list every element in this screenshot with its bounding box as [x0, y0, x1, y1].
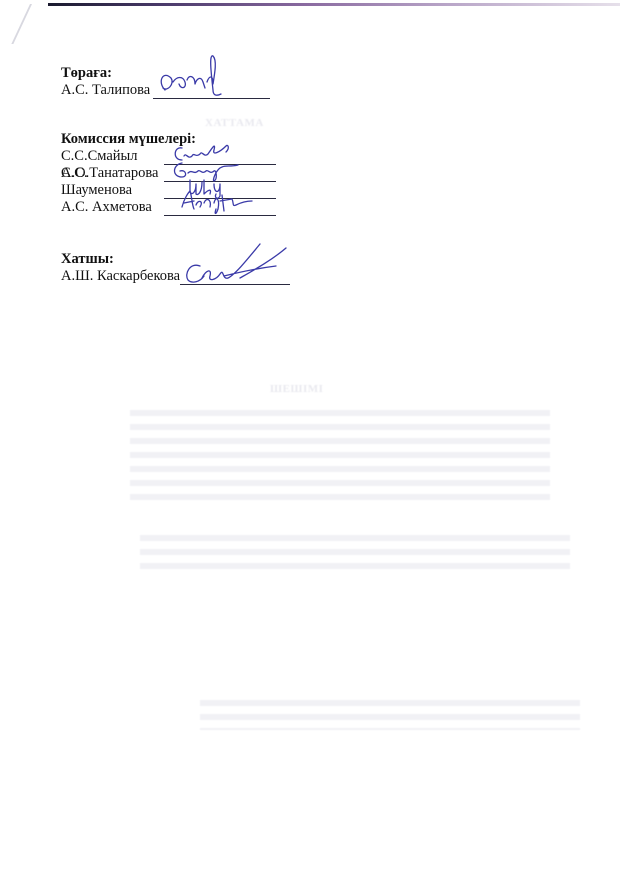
secretary-name: А.Ш. Каскарбекова	[61, 268, 180, 285]
bleed-through-text: ШЕШІМІ	[270, 383, 323, 395]
secretary-section: Хатшы: А.Ш. Каскарбекова	[61, 251, 290, 285]
signature-line	[153, 84, 270, 99]
member-name: С.С. Шауменова	[61, 165, 161, 199]
bleed-through-lines	[200, 700, 580, 730]
page-fold-edge	[11, 4, 52, 44]
commission-section: Комиссия мүшелері: С.С.Смайыл А.О.Таната…	[61, 131, 276, 216]
bleed-through-lines	[140, 535, 570, 575]
signature-mark	[155, 52, 245, 100]
member-row: А.С. Ахметова	[61, 199, 276, 216]
signature-mark	[180, 240, 295, 286]
page-top-edge	[48, 3, 620, 6]
bleed-through-text: ХАТТАМА	[205, 117, 264, 129]
chairman-section: Төраға: А.С. Талипова	[61, 65, 270, 99]
member-name: С.С.Смайыл	[61, 148, 161, 165]
bleed-through-lines	[130, 410, 550, 500]
member-name: А.С. Ахметова	[61, 199, 161, 216]
signature-mark	[172, 185, 262, 217]
signature-line	[164, 201, 276, 216]
signature-line	[180, 270, 290, 285]
chairman-name: А.С. Талипова	[61, 82, 150, 99]
